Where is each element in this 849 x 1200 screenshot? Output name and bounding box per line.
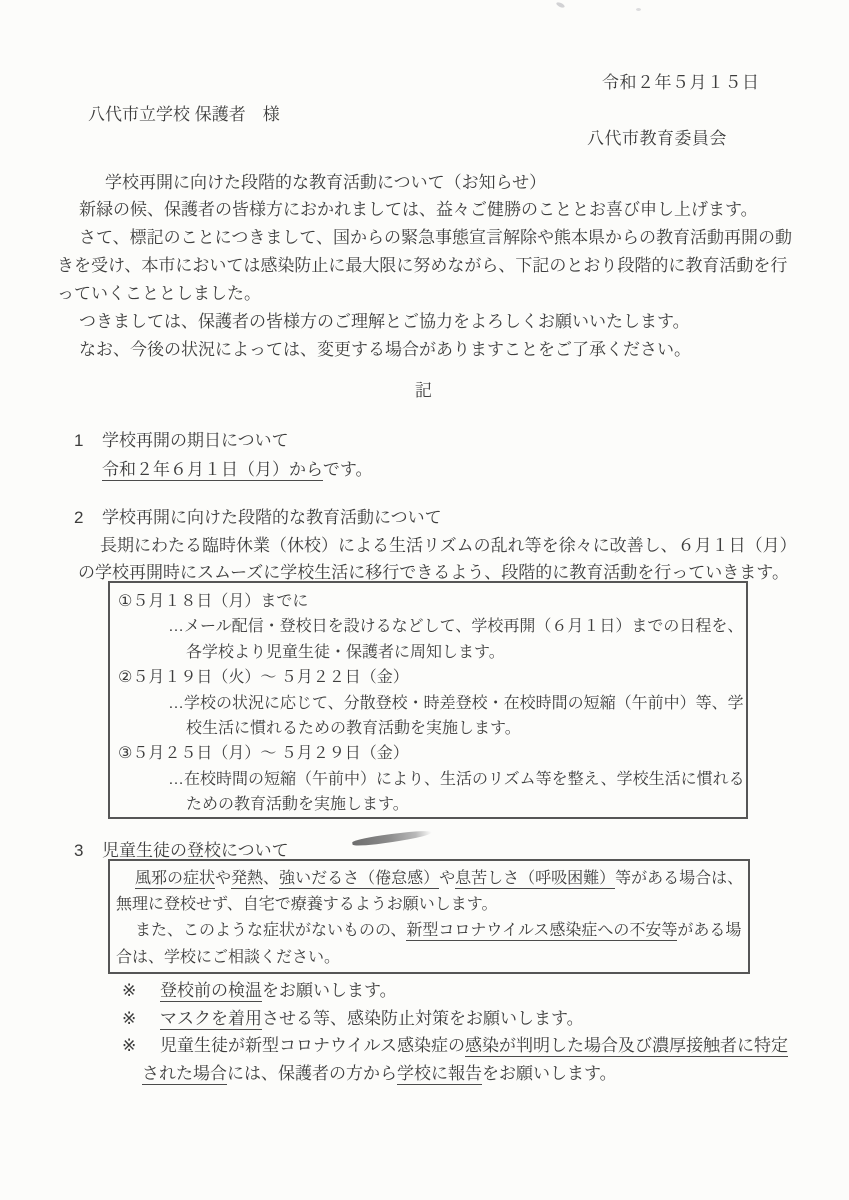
intro-line: なお、今後の状況によっては、変更する場合がありますことをご了承ください。 <box>57 336 817 364</box>
document-title: 学校再開に向けた段階的な教育活動について（お知らせ） <box>105 168 546 193</box>
intro-line: きを受け、本市においては感染防止に最大限に努めながら、下記のとおり段階的に教育活… <box>57 252 817 280</box>
advisory-text: 等がある場合は、 <box>615 870 743 887</box>
scan-speck-icon <box>556 1 566 8</box>
section-heading-text: 学校再開に向けた段階的な教育活動について <box>102 508 442 527</box>
advisory-text: 無理に登校せず、自宅で療養するようお願いします。 <box>116 896 497 913</box>
underlined-covid-concern: 新型コロナウイルス感染症への不安等 <box>406 922 677 941</box>
note-text: 児童生徒が新型コロナウイルス感染症の感染が判明した場合及び濃厚接触者に特定 され… <box>160 1032 788 1087</box>
intro-line: っていくこととしました。 <box>57 280 817 308</box>
document-page: 令和２年５月１５日 八代市立学校 保護者 様 八代市教育委員会 学校再開に向けた… <box>0 0 849 1200</box>
intro-paragraphs: 新緑の候、保護者の皆様方におかれましては、益々ご健勝のこととお喜び申し上げます。… <box>57 196 817 364</box>
schedule-step-label: ①５月１８日（月）までに <box>110 589 746 614</box>
note-text: 登校前の検温をお願いします。 <box>160 977 397 1005</box>
note-marker: ※ <box>122 1032 160 1060</box>
notes-list: ※ 登校前の検温をお願いします。 ※ マスクを着用させる等、感染防止対策をお願い… <box>122 977 788 1087</box>
schedule-step-label: ③５月２５日（月）～ ５月２９日（金） <box>110 741 746 766</box>
issue-date: 令和２年５月１５日 <box>602 68 760 93</box>
advisory-line: 合は、学校にご相談ください。 <box>110 945 748 971</box>
section-number: 3 <box>74 841 102 861</box>
advisory-text: がある場 <box>677 922 741 939</box>
underlined-note-text: 感染が判明した場合及び濃厚接触者に特定 <box>465 1036 788 1057</box>
reopening-date-rest: です。 <box>323 460 373 479</box>
note-text-rest: をお願いします。 <box>262 981 397 1000</box>
section-heading-text: 児童生徒の登校について <box>102 841 289 860</box>
underlined-symptom: 強いだるさ（倦怠感） <box>279 870 439 889</box>
intro-line: 新緑の候、保護者の皆様方におかれましては、益々ご健勝のこととお喜び申し上げます。 <box>57 196 817 224</box>
section-1-heading: 1学校再開の期日について <box>74 426 289 451</box>
schedule-box: ①５月１８日（月）までに …メール配信・登校日を設けるなどして、学校再開（６月１… <box>108 581 748 819</box>
note-item: ※ 児童生徒が新型コロナウイルス感染症の感染が判明した場合及び濃厚接触者に特定 … <box>122 1032 788 1087</box>
advisory-line: また、このような症状がないものの、新型コロナウイルス感染症への不安等がある場 <box>110 918 748 944</box>
section-3-heading: 3児童生徒の登校について <box>74 836 289 861</box>
schedule-step-detail: ための教育活動を実施します。 <box>110 792 746 817</box>
note-text: マスクを着用させる等、感染防止対策をお願いします。 <box>160 1005 584 1033</box>
advisory-text: や <box>439 870 455 887</box>
advisory-line: 風邪の症状や発熱、強いだるさ（倦怠感）や息苦しさ（呼吸困難）等がある場合は、 <box>110 866 748 892</box>
underlined-symptom: 息苦しさ（呼吸困難） <box>455 870 615 889</box>
underlined-symptom: 風邪の症状 <box>135 870 215 889</box>
note-item: ※ マスクを着用させる等、感染防止対策をお願いします。 <box>122 1005 788 1033</box>
advisory-line: 無理に登校せず、自宅で療養するようお願いします。 <box>110 892 748 918</box>
note-text-part: 児童生徒が新型コロナウイルス感染症の <box>160 1036 465 1055</box>
section-2-lead-line: の学校再開時にスムーズに学校生活に移行できるよう、段階的に教育活動を行っていきま… <box>78 558 789 583</box>
note-text-part: には、保護者の方から <box>227 1064 397 1083</box>
schedule-step-detail: …メール配信・登校日を設けるなどして、学校再開（６月１日）までの日程を、 <box>110 614 746 639</box>
scanned-letter-page: { "document": { "background": "#fcfcfa",… <box>0 0 849 1200</box>
pen-stroke-mark <box>352 828 432 847</box>
sender-organization: 八代市教育委員会 <box>587 124 727 149</box>
record-marker: 記 <box>0 376 849 401</box>
section-2-lead-line: 長期にわたる臨時休業（休校）による生活リズムの乱れ等を徐々に改善し、６月１日（月… <box>100 531 797 556</box>
note-text-rest: させる等、感染防止対策をお願いします。 <box>262 1009 584 1028</box>
underlined-note-text: 学校に報告 <box>397 1064 482 1085</box>
advisory-text: また、このような症状がないものの、 <box>135 922 406 939</box>
note-marker: ※ <box>122 1005 160 1033</box>
section-2-heading: 2学校再開に向けた段階的な教育活動について <box>74 503 442 528</box>
recipient-line: 八代市立学校 保護者 様 <box>88 100 280 125</box>
advisory-text: 、 <box>263 870 279 887</box>
note-item: ※ 登校前の検温をお願いします。 <box>122 977 788 1005</box>
note-continuation-line: された場合には、保護者の方から学校に報告をお願いします。 <box>142 1060 788 1088</box>
intro-line: つきましては、保護者の皆様方のご理解とご協力をよろしくお願いいたします。 <box>57 308 817 336</box>
section-heading-text: 学校再開の期日について <box>102 431 289 450</box>
underlined-symptom: 発熱 <box>231 870 263 889</box>
section-number: 1 <box>74 431 102 451</box>
section-number: 2 <box>74 508 102 528</box>
underlined-note-text: マスクを着用 <box>160 1009 262 1030</box>
advisory-text: や <box>215 870 231 887</box>
schedule-step-detail: …学校の状況に応じて、分散登校・時差登校・在校時間の短縮（午前中）等、学 <box>110 691 746 716</box>
advisory-text: 合は、学校にご相談ください。 <box>116 949 340 966</box>
intro-line: さて、標記のことにつきまして、国からの緊急事態宣言解除や熊本県からの教育活動再開… <box>57 224 817 252</box>
schedule-step-label: ②５月１９日（火）～ ５月２２日（金） <box>110 665 746 690</box>
schedule-step-detail: 各学校より児童生徒・保護者に周知します。 <box>110 640 746 665</box>
advisory-box: 風邪の症状や発熱、強いだるさ（倦怠感）や息苦しさ（呼吸困難）等がある場合は、 無… <box>108 859 750 974</box>
schedule-step-detail: …在校時間の短縮（午前中）により、生活のリズム等を整え、学校生活に慣れる <box>110 767 746 792</box>
note-marker: ※ <box>122 977 160 1005</box>
schedule-step-detail: 校生活に慣れるための教育活動を実施します。 <box>110 716 746 741</box>
underlined-note-text: された場合 <box>142 1064 227 1085</box>
underlined-note-text: 登校前の検温 <box>160 981 262 1002</box>
scan-speck-icon <box>636 8 641 11</box>
reopening-date-line: 令和２年６月１日（月）からです。 <box>102 455 372 480</box>
underlined-reopening-date: 令和２年６月１日（月）から <box>102 460 323 481</box>
note-text-part: をお願いします。 <box>482 1064 617 1083</box>
